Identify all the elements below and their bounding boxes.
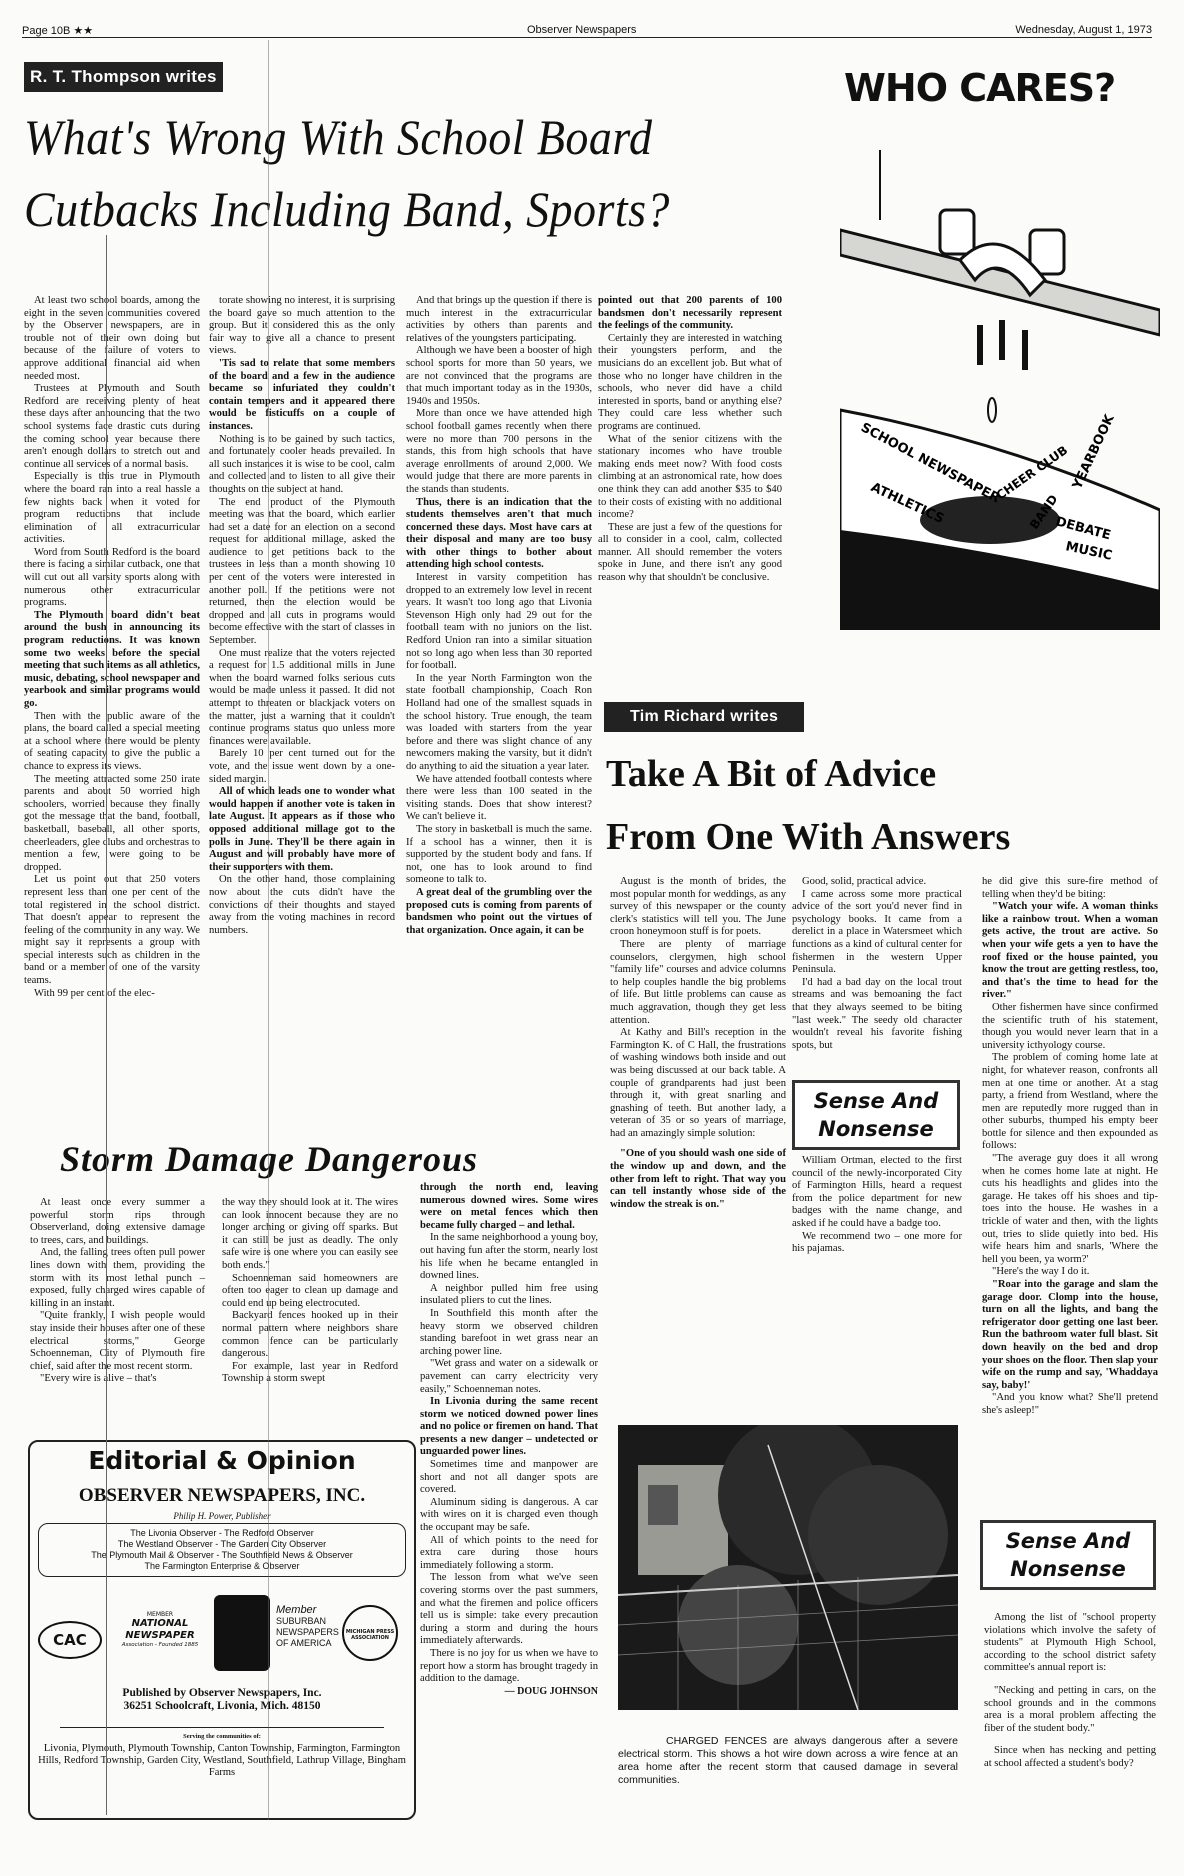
fold-line: [106, 235, 107, 1815]
storm-headline: Storm Damage Dangerous: [60, 1138, 478, 1180]
serving-communities: Livonia, Plymouth, Plymouth Township, Ca…: [30, 1743, 414, 1779]
storm-fence-photo: [618, 1425, 958, 1710]
storm-column-2: the way they should look at it. The wire…: [222, 1197, 398, 1386]
michigan-press-logo: MICHIGAN PRESS ASSOCIATION: [342, 1605, 398, 1661]
cartoon-title: WHO CARES?: [844, 66, 1115, 110]
richard-headline-line1: Take A Bit of Advice: [606, 752, 936, 796]
page-number: Page 10B ★★: [22, 24, 93, 37]
sense-nonsense-box-1: Sense And Nonsense: [792, 1080, 960, 1150]
richard-column-2: Good, solid, practical advice.I came acr…: [792, 876, 962, 1052]
page-masthead: Page 10B ★★ Observer Newspapers Wednesda…: [22, 22, 1152, 38]
editorial-box: Editorial & Opinion OBSERVER NEWSPAPERS,…: [28, 1440, 416, 1820]
storm-column-3: through the north end, leaving numerous …: [420, 1182, 598, 1698]
storm-signature: — DOUG JOHNSON: [420, 1686, 598, 1699]
cac-logo: CAC: [38, 1621, 102, 1659]
thompson-headline-line2: Cutbacks Including Band, Sports?: [24, 180, 852, 238]
richard-byline: Tim Richard writes: [604, 702, 804, 732]
richard-column-1: August is the month of brides, the most …: [610, 876, 786, 1211]
editorial-title: Editorial & Opinion: [30, 1446, 414, 1475]
storm-column-1: At least once every summer a powerful st…: [30, 1197, 205, 1386]
nna-logo: MEMBER NATIONAL NEWSPAPER Association - …: [110, 1611, 210, 1648]
thompson-byline: R. T. Thompson writes: [24, 62, 223, 92]
serving-label: Serving the communities of:: [30, 1733, 414, 1740]
photo-caption: CHARGED FENCES are always dangerous afte…: [618, 1735, 958, 1787]
member-logos: CAC MEMBER NATIONAL NEWSPAPER Associatio…: [30, 1583, 414, 1673]
papers-list: The Livonia Observer - The Redford Obser…: [38, 1523, 406, 1577]
sense-title-line1: Sense And: [983, 1527, 1153, 1555]
paper-name: Observer Newspapers: [527, 24, 636, 36]
sna-logo-mark: [214, 1595, 270, 1671]
thompson-headline-line1: What's Wrong With School Board: [24, 108, 852, 166]
publisher: Philip H. Power, Publisher: [30, 1511, 414, 1521]
fold-line: [268, 40, 269, 1820]
sense-title-line2: Nonsense: [983, 1555, 1153, 1583]
sense-title-line1: Sense And: [795, 1087, 957, 1115]
sense-nonsense-text-1: William Ortman, elected to the first cou…: [792, 1155, 962, 1256]
thompson-column-4: pointed out that 200 parents of 100 band…: [598, 295, 782, 585]
company-name: OBSERVER NEWSPAPERS, INC.: [30, 1485, 414, 1507]
sna-logo-text: Member SUBURBANNEWSPAPERSOF AMERICA: [276, 1605, 339, 1649]
richard-headline-line2: From One With Answers: [606, 815, 1010, 859]
sense-title-line2: Nonsense: [795, 1115, 957, 1143]
publisher-address: Published by Observer Newspapers, Inc. 3…: [30, 1687, 414, 1713]
sense-nonsense-box-2: Sense And Nonsense: [980, 1520, 1156, 1590]
issue-date: Wednesday, August 1, 1973: [1015, 24, 1152, 36]
richard-column-3: he did give this sure-fire method of tel…: [982, 876, 1158, 1418]
sink-cartoon-illustration: SCHOOL NEWSPAPER ATHLETICS CHEER CLUB BA…: [840, 110, 1160, 630]
thompson-column-3: And that brings up the question if there…: [406, 295, 592, 937]
thompson-column-2: torate showing no interest, it is surpri…: [209, 295, 395, 937]
sense-nonsense-text-2: Among the list of "school property viola…: [984, 1612, 1156, 1771]
thompson-column-1: At least two school boards, among the ei…: [24, 295, 200, 1000]
divider: [60, 1727, 384, 1728]
